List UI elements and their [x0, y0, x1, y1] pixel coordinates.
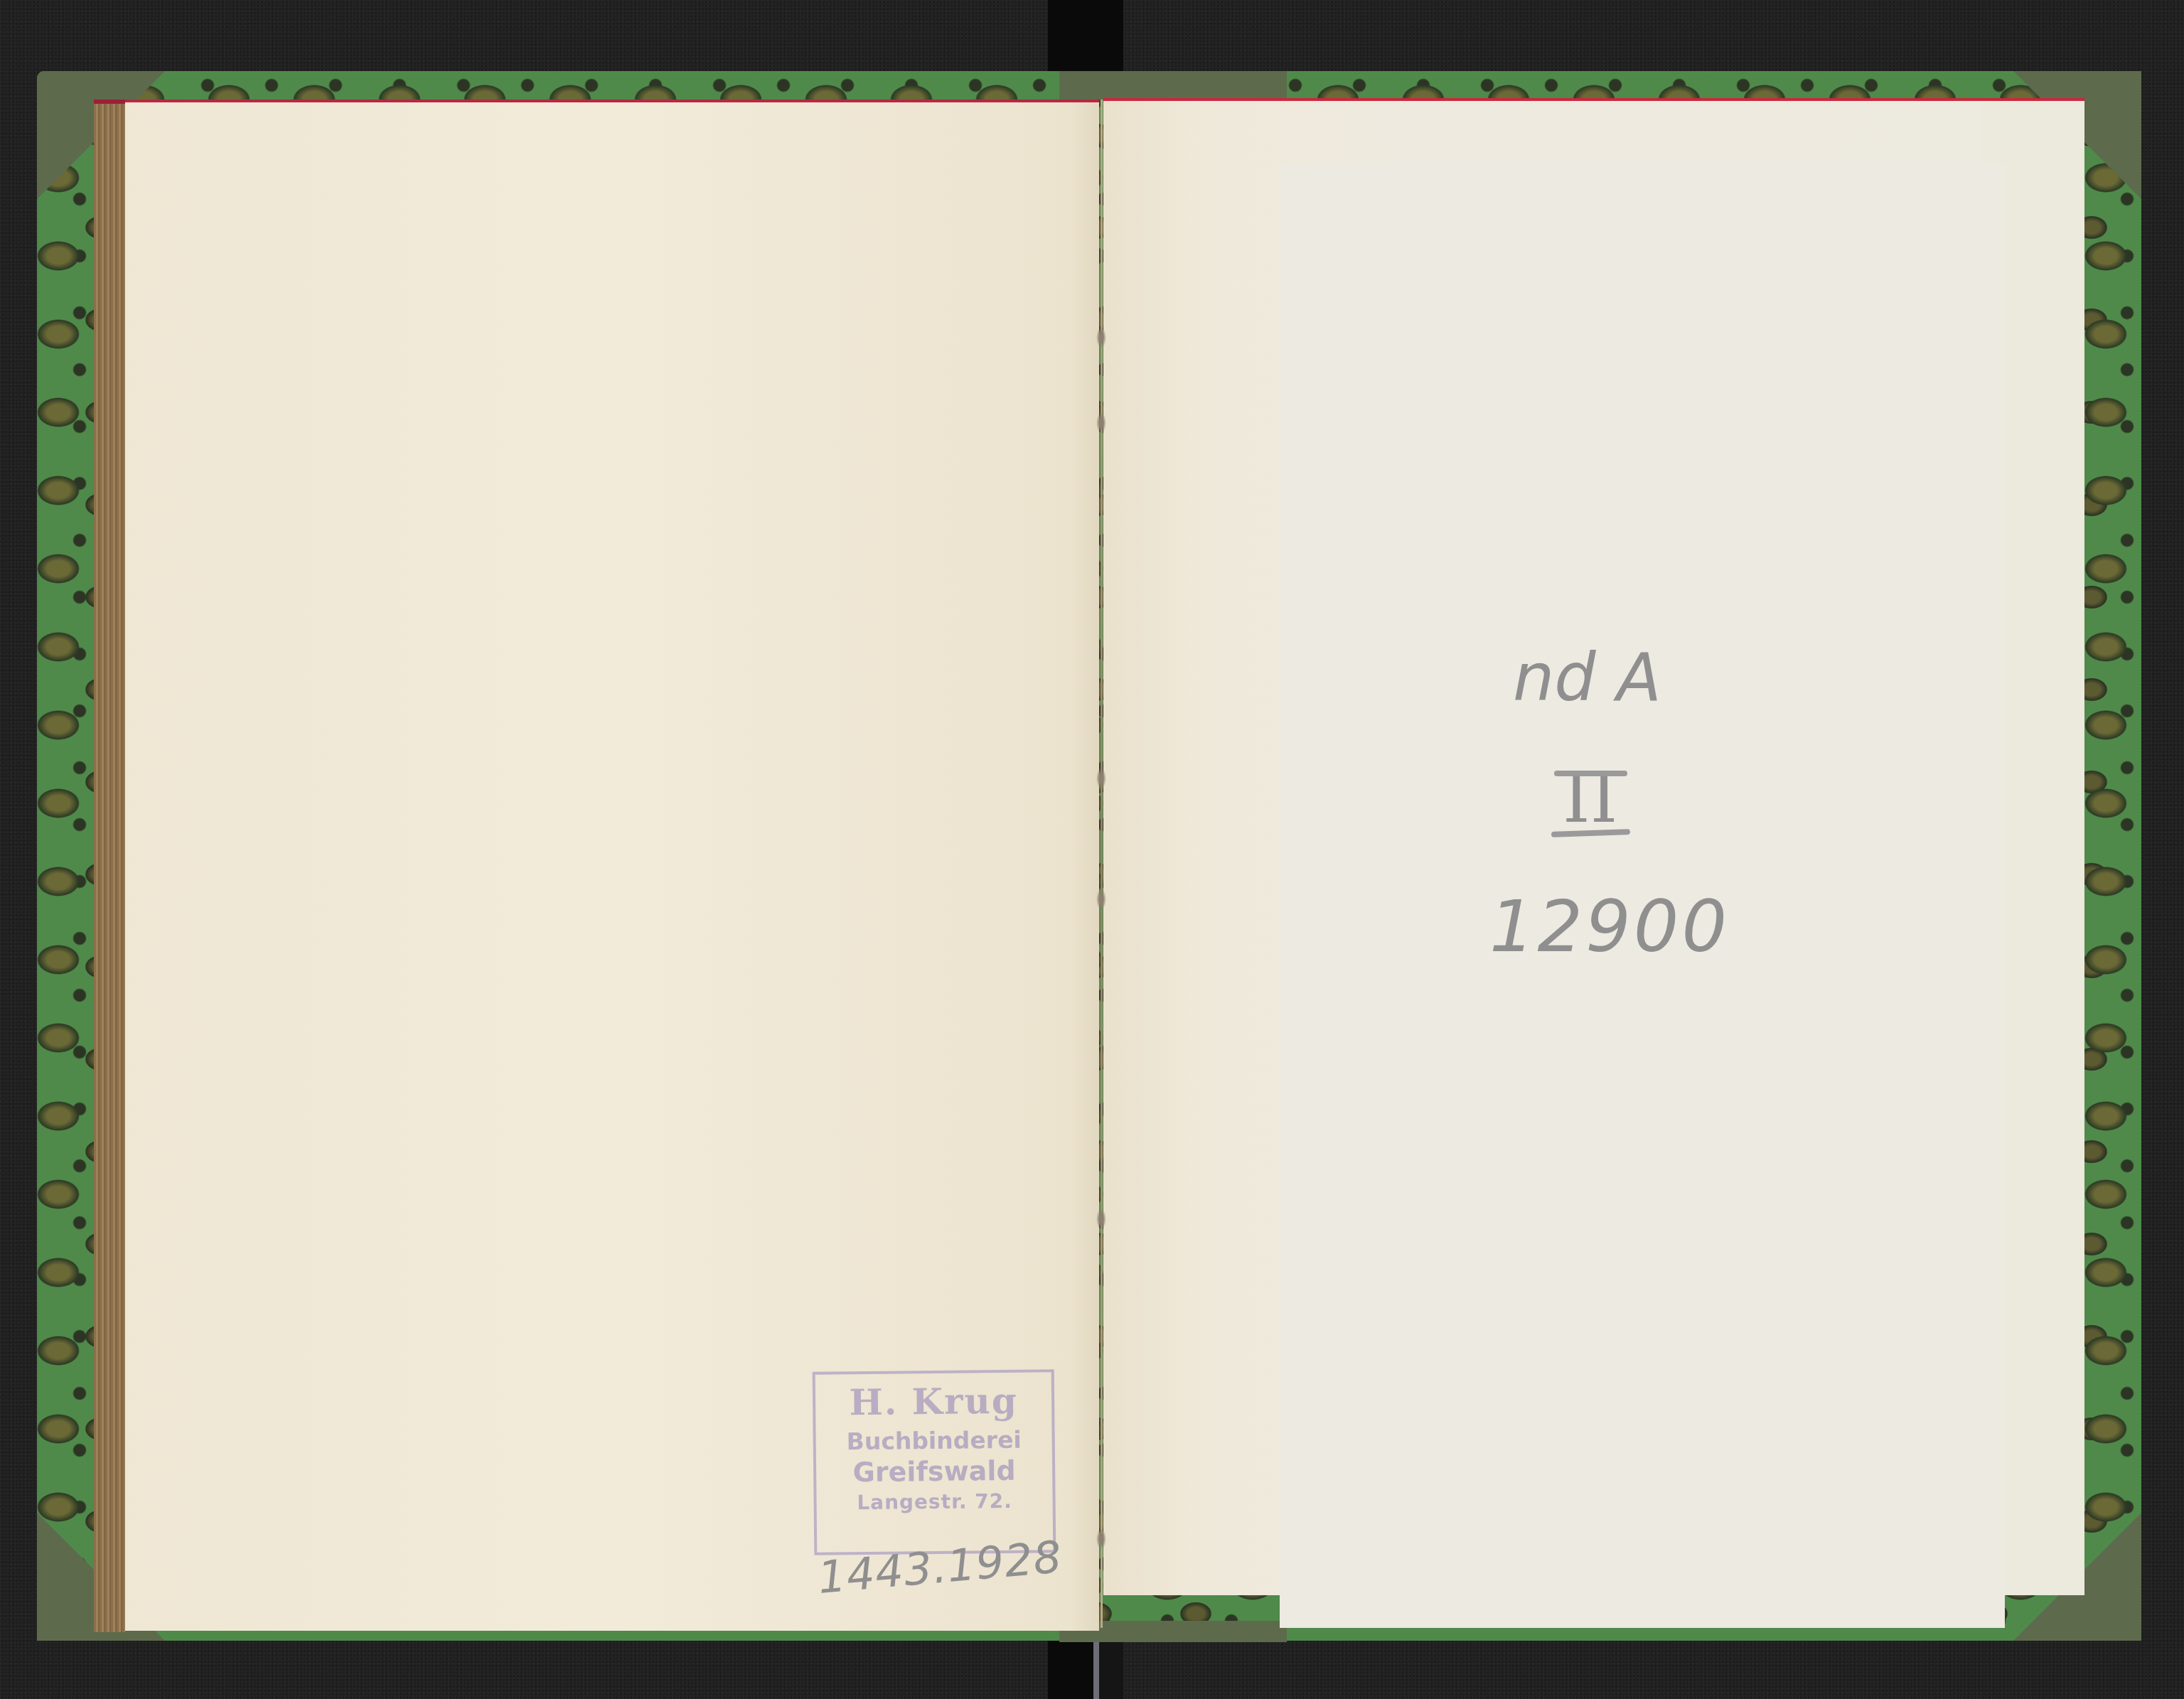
spine-gap-bottom [1048, 1639, 1123, 1699]
binding-stitch [1096, 1528, 1106, 1550]
shelfmark-line-3: 12900 [1489, 885, 1730, 968]
binding-stitch [1096, 327, 1106, 348]
shelfmark-line-1: nd A [1513, 640, 1661, 716]
shelfmark-line-2: II [1563, 758, 1617, 839]
binding-stitch [1096, 768, 1106, 789]
stamp-trade: Buchbinderei [815, 1425, 1051, 1455]
stamp-name: H. Krug [815, 1379, 1052, 1423]
spine-cloth-top [1059, 71, 1287, 100]
stamp-city: Greifswald [816, 1454, 1052, 1488]
binding-stitch [1096, 412, 1106, 434]
page-block-edge [94, 100, 125, 1632]
stamp-address: Langestr. 72. [816, 1489, 1052, 1514]
binding-stitch [1096, 889, 1106, 910]
bookbinder-stamp: H. Krug Buchbinderei Greifswald Langestr… [813, 1369, 1056, 1555]
binding-stitch [1096, 1208, 1106, 1230]
